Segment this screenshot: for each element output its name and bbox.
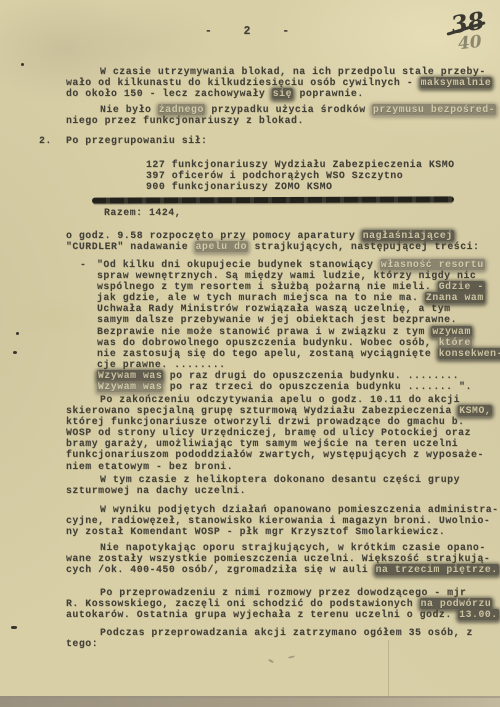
text-line: cyjne, radiowęzeł, stanowisko kierowania…: [66, 515, 500, 526]
text-run: jak gdzie, ale w tych murach miejsca na …: [97, 292, 425, 303]
ink-speck: [11, 626, 17, 629]
text-run: ny został Komendant WOSP - płk mgr Krzys…: [66, 526, 445, 537]
text-line: Wzywam was po raz drugi do opuszczenia b…: [97, 370, 500, 381]
text-line: wało od kilkunastu do kilkudziesięciu os…: [66, 77, 500, 88]
text-line: wspólnego z tym resortem i służbą pożarn…: [97, 281, 500, 292]
text-run: "CURDLER" nadawanie: [66, 241, 195, 252]
crossed-out-line: [92, 196, 454, 203]
text-line: niego przez funkcjonariuszy z blokad.: [66, 115, 500, 126]
text-line: Uchwała Rady Ministrów rozwiązała waszą …: [97, 303, 500, 314]
smudge-highlight: KSMO,: [458, 405, 492, 416]
text-run: autokarów. Ostatnia grupa wyjechała z te…: [66, 609, 458, 620]
ink-speck: [16, 332, 19, 335]
text-line: W czasie utrzymywania blokad, na ich prz…: [66, 66, 500, 77]
text-line: "Od kilku dni okupujecie budynek stanowi…: [97, 259, 500, 270]
text-line: jak gdzie, ale w tych murach miejsca na …: [97, 292, 500, 303]
text-run: poprawnie.: [293, 88, 364, 99]
smudge-highlight: na podwórzu: [420, 598, 493, 609]
quote-dash: -: [80, 259, 86, 270]
text-line: niem etatowym - bez broni.: [66, 461, 500, 472]
smudge-highlight: 13.00.: [458, 609, 499, 620]
text-line: cje prawne. ........: [97, 359, 500, 370]
text-run: nie zastosują się do tego apelu, zostaną…: [97, 348, 438, 359]
text-line: skierowano specjalną grupę szturmową Wyd…: [66, 405, 500, 416]
smudge-highlight: własność resortu: [380, 259, 485, 270]
smudge-highlight: Gdzie -: [438, 281, 485, 292]
text-run: Podczas przeprowadzania akcji zatrzymano…: [100, 627, 473, 638]
text-run: wspólnego z tym resortem i służbą pożarn…: [97, 281, 438, 292]
text-line: tego:: [66, 638, 500, 649]
list-item-title: Po przegrupowaniu sił:: [66, 135, 207, 146]
text-run: tego:: [66, 638, 98, 649]
list-item-number: 2.: [39, 135, 52, 146]
text-run: W wyniku podjętych działań opanowano pom…: [100, 504, 499, 515]
text-run: samym dalsze przebywanie w jej obiektach…: [97, 314, 457, 325]
page-number: - 2 -: [0, 26, 500, 37]
text-line: W wyniku podjętych działań opanowano pom…: [66, 504, 500, 515]
text-line: WOSP od strony ulicy Urzędniczej, bramę …: [66, 427, 500, 438]
text-line: Bezprawie nie może stanowić prawa i w zw…: [97, 326, 500, 337]
text-run: strajkujących, następującej treści:: [248, 241, 479, 252]
text-run: spraw wewnętrznych. Są między wami ludzi…: [97, 270, 476, 281]
list-row: 900 funkcjonariuszy ZOMO KSMO: [146, 181, 500, 192]
text-run: cyjne, radiowęzeł, stanowisko kierowania…: [66, 515, 490, 526]
handwritten-folio-current: 40: [457, 32, 483, 54]
paragraph-departure: Po przeprowadzeniu z nimi rozmowy przez …: [66, 587, 500, 620]
text-run: W tym czasie z helikoptera dokonano desa…: [100, 474, 460, 485]
text-run: o godz. 9.58 rozpoczęto przy pomocy apar…: [66, 230, 362, 241]
total-count-label: Razem: 1424,: [104, 207, 181, 218]
pencil-mark: [268, 659, 274, 664]
text-run: cych /ok. 400-450 osób/, zgromadziła się…: [66, 564, 375, 575]
text-run: niego przez funkcjonariuszy z blokad.: [66, 115, 304, 126]
text-run: Nie napotykając oporu strajkujących, w k…: [100, 542, 486, 553]
pencil-mark: [288, 655, 295, 659]
text-line: szturmowej na dachy uczelni.: [66, 485, 500, 496]
text-line: do około 150 - lecz zachowywały się popr…: [66, 88, 500, 99]
smudge-highlight: apelu do: [195, 241, 248, 252]
text-run: was do dobrowolnego opuszczenia budynku.…: [97, 337, 438, 348]
paragraph-assault: Po zakończeniu odczytywania apelu o godz…: [66, 394, 500, 472]
text-line: Nie było żadnego przypadku użycia środkó…: [66, 104, 500, 115]
text-run: W czasie utrzymywania blokad, na ich prz…: [100, 66, 486, 77]
list-row: 127 funkcjonariuszy Wydziału Zabezpiecze…: [146, 159, 500, 170]
paragraph-takeover: W wyniku podjętych działań opanowano pom…: [66, 504, 500, 537]
scanned-document-page: - 2 - 38 40 W czasie utrzymywania blokad…: [0, 0, 500, 707]
smudge-highlight: żadnego: [158, 104, 205, 115]
paragraph-no-resistance: Nie napotykając oporu strajkujących, w k…: [66, 542, 500, 575]
text-run: wało od kilkunastu do kilkudziesięciu os…: [66, 77, 420, 88]
text-run: "Od kilku dni okupujecie budynek stanowi…: [97, 259, 380, 270]
text-line: spraw wewnętrznych. Są między wami ludzi…: [97, 270, 500, 281]
text-run: bramy garaży, umożliwiając tym samym wej…: [66, 438, 458, 449]
text-run: skierowano specjalną grupę szturmową Wyd…: [66, 405, 458, 416]
text-line: "CURDLER" nadawanie apelu do strajkujący…: [66, 241, 500, 252]
text-line: której funkcjonariusze otworzyli drzwi p…: [66, 416, 500, 427]
paragraph-announcement: o godz. 9.58 rozpoczęto przy pomocy apar…: [66, 230, 500, 252]
text-line: ny został Komendant WOSP - płk mgr Krzys…: [66, 526, 500, 537]
text-line: R. Kossowskiego, zaczęli oni schodzić do…: [66, 598, 500, 609]
forces-list: 127 funkcjonariuszy Wydziału Zabezpiecze…: [146, 159, 500, 192]
ink-speck: [13, 351, 17, 354]
text-line: wane zostały wszystkie pomieszczenia ucz…: [66, 553, 500, 564]
paragraph-no-force: Nie było żadnego przypadku użycia środkó…: [66, 104, 500, 126]
text-line: W tym czasie z helikoptera dokonano desa…: [66, 474, 500, 485]
text-run: 900 funkcjonariuszy ZOMO KSMO: [146, 181, 332, 192]
quoted-appeal: "Od kilku dni okupujecie budynek stanowi…: [97, 259, 500, 392]
text-run: do około 150 - lecz zachowywały: [66, 88, 272, 99]
text-run: Po przeprowadzeniu z nimi rozmowy przez …: [100, 587, 466, 598]
paragraph-blockades: W czasie utrzymywania blokad, na ich prz…: [66, 66, 500, 99]
text-run: wane zostały wszystkie pomieszczenia ucz…: [66, 553, 490, 564]
list-row: 397 oficerów i podchorążych WSO Szczytno: [146, 170, 500, 181]
smudge-highlight: które: [438, 337, 472, 348]
text-line: Po przeprowadzeniu z nimi rozmowy przez …: [66, 587, 500, 598]
text-line: samym dalsze przebywanie w jej obiektach…: [97, 314, 500, 325]
text-line: autokarów. Ostatnia grupa wyjechała z te…: [66, 609, 500, 620]
smudge-highlight: przymusu bezpośred-: [372, 104, 496, 115]
text-run: Nie było: [100, 104, 158, 115]
smudge-highlight: nagłaśniającej: [362, 230, 454, 241]
smudge-highlight: Wzywam was: [97, 370, 163, 381]
ink-speck: [21, 63, 24, 66]
smudge-highlight: konsekwen-: [438, 348, 500, 359]
scan-edge-shadow: [0, 696, 500, 707]
text-line: o godz. 9.58 rozpoczęto przy pomocy apar…: [66, 230, 500, 241]
smudge-highlight: na trzecim piętrze.: [375, 564, 499, 575]
text-line: Wzywam was po raz trzeci do opuszczenia …: [97, 381, 500, 392]
text-run: niem etatowym - bez broni.: [66, 461, 233, 472]
smudge-highlight: Znana wam: [425, 292, 485, 303]
text-line: Po zakończeniu odczytywania apelu o godz…: [66, 394, 500, 405]
smudge-highlight: Wzywam was: [97, 381, 163, 392]
text-line: cych /ok. 400-450 osób/, zgromadziła się…: [66, 564, 500, 575]
text-run: WOSP od strony ulicy Urzędniczej, bramę …: [66, 427, 471, 438]
smudge-highlight: się: [272, 88, 293, 99]
text-run: której funkcjonariusze otworzyli drzwi p…: [66, 416, 465, 427]
text-line: bramy garaży, umożliwiając tym samym wej…: [66, 438, 500, 449]
text-line: funkcjonariuszom pododdziałów zwartych, …: [66, 449, 500, 460]
text-run: funkcjonariuszom pododdziałów zwartych, …: [66, 449, 484, 460]
text-line: Nie napotykając oporu strajkujących, w k…: [66, 542, 500, 553]
text-run: R. Kossowskiego, zaczęli oni schodzić do…: [66, 598, 420, 609]
text-run: przypadku użycia środków: [205, 104, 372, 115]
text-line: nie zastosują się do tego apelu, zostaną…: [97, 348, 500, 359]
text-run: Po zakończeniu odczytywania apelu o godz…: [100, 394, 460, 405]
text-run: po raz trzeci do opuszczenia budynku ...…: [163, 381, 472, 392]
text-run: 127 funkcjonariuszy Wydziału Zabezpiecze…: [146, 159, 455, 170]
text-run: cje prawne. ........: [97, 359, 226, 370]
text-run: Uchwała Rady Ministrów rozwiązała waszą …: [97, 303, 451, 314]
text-run: po raz drugi do opuszczenia budynku. ...…: [163, 370, 459, 381]
smudge-highlight: maksymalnie: [420, 77, 493, 88]
text-line: was do dobrowolnego opuszczenia budynku.…: [97, 337, 500, 348]
smudge-highlight: wzywam: [431, 326, 472, 337]
text-run: szturmowej na dachy uczelni.: [66, 485, 246, 496]
text-run: Bezprawie nie może stanowić prawa i w zw…: [97, 326, 431, 337]
text-line: Podczas przeprowadzania akcji zatrzymano…: [66, 627, 500, 638]
paragraph-detained: Podczas przeprowadzania akcji zatrzymano…: [66, 627, 500, 649]
paragraph-helicopter: W tym czasie z helikoptera dokonano desa…: [66, 474, 500, 496]
text-run: 397 oficerów i podchorążych WSO Szczytno: [146, 170, 403, 181]
